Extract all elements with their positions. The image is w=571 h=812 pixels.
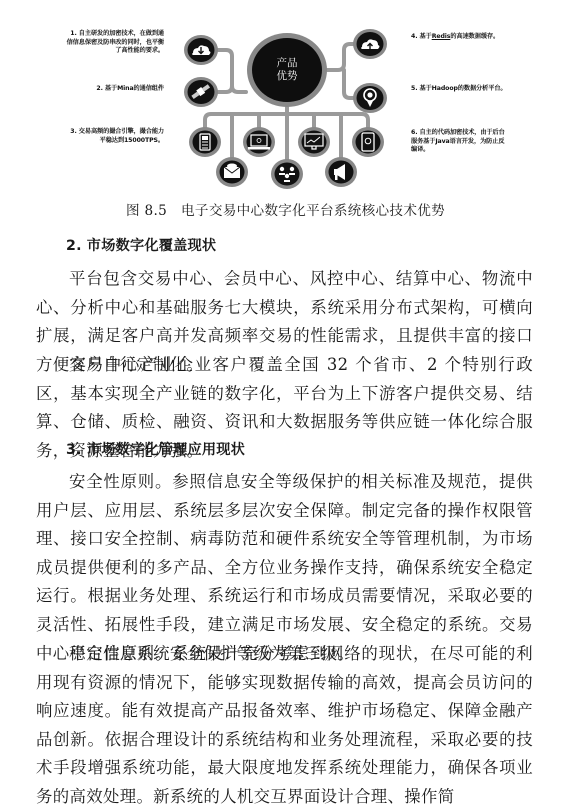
diagram-graphics [0, 0, 571, 192]
advantage-1-line3: 了高性能的要求。 [48, 47, 164, 56]
advantage-4-redis: Redis [432, 33, 451, 40]
figure-number: 图 8.5 [126, 203, 167, 219]
advantage-5-label: 5. 基于Hadoop的数据分析平台。 [411, 85, 541, 94]
figure-title: 电子交易中心数字化平台系统核心技术优势 [181, 203, 445, 219]
advantage-1-label: 1. 自主研发的加密技术，在做到通 信信息保密及防串改的同时，也平衡 了高性能的… [48, 30, 164, 56]
advantage-2-label: 2. 基于Mina的通信组件 [48, 85, 164, 94]
paragraph-security-principle: 安全性原则。参照信息安全等级保护的相关标准及规范，提供用户层、应用层、系统层多层… [36, 468, 533, 668]
node-bottom-monitor [298, 127, 330, 157]
advantage-4-suffix: 的高速数据缓存。 [450, 33, 499, 40]
advantage-6-label: 6. 自主的代码加密技术，由于后台 服务基于Java语言开发，为防止反 编译。 [411, 129, 541, 155]
advantage-5-line1: 5. 基于Hadoop的数据分析平台。 [411, 85, 541, 94]
advantage-2-line1: 2. 基于Mina的通信组件 [48, 85, 164, 94]
section-heading-management: 3. 市场数字化管理应用现状 [66, 439, 245, 459]
node-bottom-email [216, 157, 248, 187]
document-page: 产品 优势 1. 自主研发的加密技术，在做到通 信信息保密及防串改的同时，也平衡… [0, 0, 571, 812]
advantage-4-label: 4. 基于Redis的高速数据缓存。 [411, 33, 541, 42]
advantage-3-line2: 平稳达到15000TPS。 [48, 137, 164, 146]
paragraph-stability-principle: 稳定性原则。系统设计充分考虑到网络的现状，在尽可能的利用现有资源的情况下，能够实… [36, 640, 533, 812]
node-bottom-phone [189, 127, 221, 157]
node-bottom-team [271, 159, 303, 189]
advantage-1-line1: 1. 自主研发的加密技术，在做到通 [48, 30, 164, 39]
node-2-satellite [184, 77, 218, 107]
advantage-6-line2: 服务基于Java语言开发，为防止反 [411, 138, 541, 147]
advantage-1-line2: 信信息保密及防串改的同时，也平衡 [48, 39, 164, 48]
node-4-cloud-upload [353, 29, 387, 59]
advantage-4-prefix: 4. 基于 [411, 33, 432, 40]
node-5-map-pin [353, 83, 387, 113]
node-bottom-laptop [243, 127, 275, 157]
node-bottom-smartphone [352, 127, 384, 157]
advantage-6-line3: 编译。 [411, 146, 541, 155]
figure-caption: 图 8.5电子交易中心数字化平台系统核心技术优势 [0, 199, 571, 219]
product-advantages-diagram: 产品 优势 1. 自主研发的加密技术，在做到通 信信息保密及防串改的同时，也平衡… [0, 0, 571, 192]
advantage-3-label: 3. 交易高频的撮合引擎，撮合能力 平稳达到15000TPS。 [48, 128, 164, 145]
node-bottom-megaphone [325, 157, 357, 187]
advantage-3-line1: 3. 交易高频的撮合引擎，撮合能力 [48, 128, 164, 137]
section-heading-coverage: 2. 市场数字化覆盖现状 [66, 235, 216, 255]
node-1-cloud-download [184, 35, 218, 65]
center-label-line1: 产品 [257, 57, 317, 70]
center-node-label: 产品 优势 [257, 57, 317, 83]
advantage-6-line1: 6. 自主的代码加密技术，由于后台 [411, 129, 541, 138]
center-label-line2: 优势 [257, 70, 317, 83]
